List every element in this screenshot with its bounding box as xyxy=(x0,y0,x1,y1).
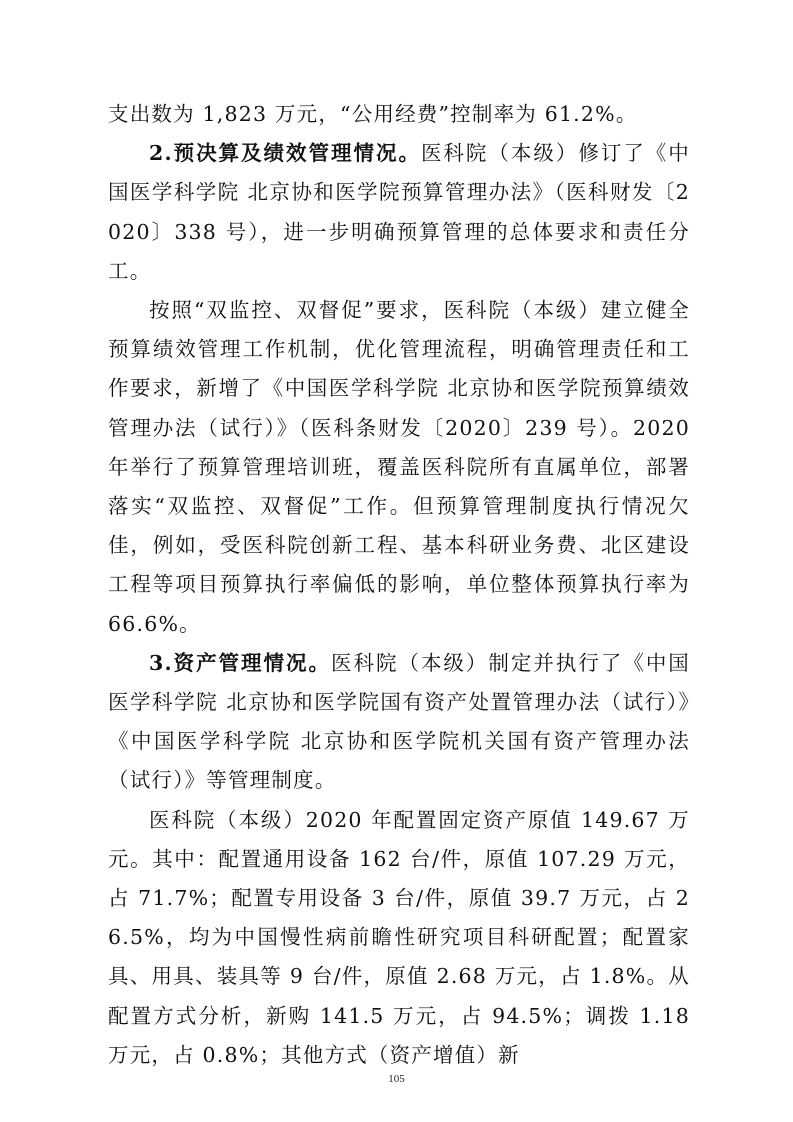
page-number: 105 xyxy=(0,1073,793,1085)
paragraph-asset-management: 3.资产管理情况。医科院（本级）制定并执行了《中国医学科学院 北京协和医学院国有… xyxy=(108,644,690,801)
paragraph-dual-monitoring: 按照“双监控、双督促”要求，医科院（本级）建立健全预算绩效管理工作机制，优化管理… xyxy=(108,291,690,644)
paragraph-expenditure-summary: 支出数为 1,823 万元，“公用经费”控制率为 61.2%。 xyxy=(108,95,690,134)
paragraph-text: 按照“双监控、双督促”要求，医科院（本级）建立健全预算绩效管理工作机制，优化管理… xyxy=(108,298,690,636)
document-body: 支出数为 1,823 万元，“公用经费”控制率为 61.2%。 2.预决算及绩效… xyxy=(108,95,690,1075)
paragraph-text: 医科院（本级）2020 年配置固定资产原值 149.67 万元。其中：配置通用设… xyxy=(108,808,690,1067)
paragraph-budget-performance: 2.预决算及绩效管理情况。医科院（本级）修订了《中国医学科学院 北京协和医学院预… xyxy=(108,134,690,291)
section-heading-budget: 2.预决算及绩效管理情况。 xyxy=(149,141,421,165)
section-heading-assets: 3.资产管理情况。 xyxy=(149,651,331,675)
paragraph-fixed-assets: 医科院（本级）2020 年配置固定资产原值 149.67 万元。其中：配置通用设… xyxy=(108,801,690,1075)
paragraph-text: 支出数为 1,823 万元，“公用经费”控制率为 61.2%。 xyxy=(108,102,638,126)
